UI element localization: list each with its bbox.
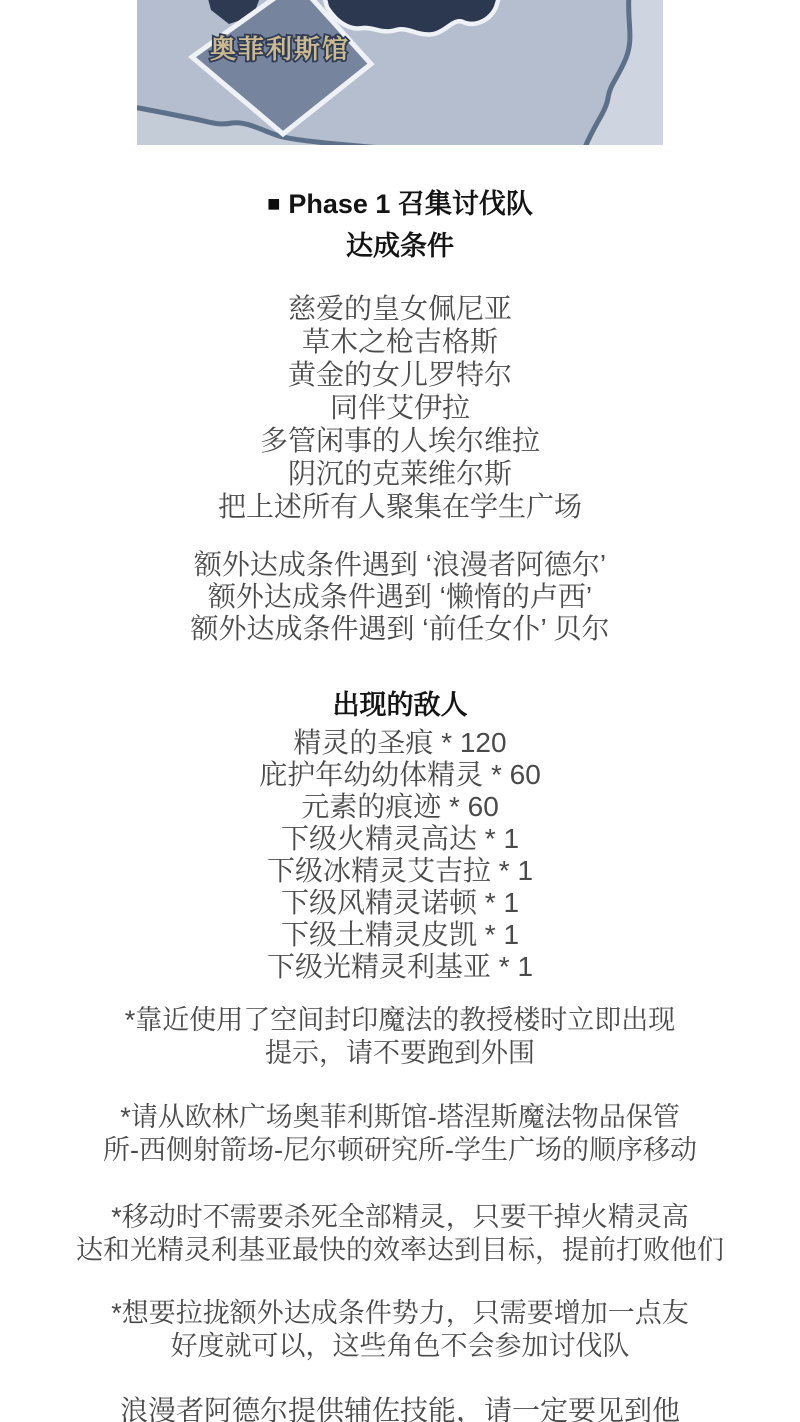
campus-map-image: 奥菲利斯馆 <box>137 0 663 145</box>
tip-note: *移动时不需要杀死全部精灵，只要干掉火精灵高 达和光精灵利基亚最快的效率达到目标… <box>0 1201 800 1267</box>
enemy-line: 精灵的圣痕 * 120 <box>0 727 800 759</box>
extra-condition-line: 额外达成条件遇到 ‘前任女仆’ 贝尔 <box>0 613 800 645</box>
condition-line: 慈爱的皇女佩尼亚 <box>0 292 800 325</box>
guide-page: 奥菲利斯馆 ■ Phase 1 召集讨伐队 达成条件 慈爱的皇女佩尼亚 草木之枪… <box>0 0 800 1422</box>
extra-condition-line: 额外达成条件遇到 ‘浪漫者阿德尔’ <box>0 549 800 581</box>
condition-line: 把上述所有人聚集在学生广场 <box>0 490 800 523</box>
enemy-line: 下级光精灵利基亚 * 1 <box>0 951 800 983</box>
enemies-header: 出现的敌人 <box>0 691 800 719</box>
enemies-list: 精灵的圣痕 * 120 庇护年幼幼体精灵 * 60 元素的痕迹 * 60 下级火… <box>0 727 800 983</box>
enemy-line: 下级风精灵诺顿 * 1 <box>0 887 800 919</box>
condition-line: 黄金的女儿罗特尔 <box>0 358 800 391</box>
enemy-line: 庇护年幼幼体精灵 * 60 <box>0 759 800 791</box>
enemy-line: 下级火精灵高达 * 1 <box>0 823 800 855</box>
condition-line: 同伴艾伊拉 <box>0 391 800 424</box>
tip-note: *请从欧林广场奥菲利斯馆-塔涅斯魔法物品保管 所-西侧射箭场-尼尔顿研究所-学生… <box>0 1101 800 1167</box>
extra-conditions-list: 额外达成条件遇到 ‘浪漫者阿德尔’ 额外达成条件遇到 ‘懒惰的卢西’ 额外达成条… <box>0 549 800 645</box>
condition-line: 草木之枪吉格斯 <box>0 325 800 358</box>
phase-title: Phase 1 召集讨伐队 <box>288 190 533 218</box>
phase-bullet-icon: ■ <box>267 190 280 218</box>
map-building-label: 奥菲利斯馆 <box>210 34 350 64</box>
extra-condition-line: 额外达成条件遇到 ‘懒惰的卢西’ <box>0 581 800 613</box>
condition-line: 阴沉的克莱维尔斯 <box>0 457 800 490</box>
enemy-line: 元素的痕迹 * 60 <box>0 791 800 823</box>
tip-note: *想要拉拢额外达成条件势力，只需要增加一点友 好度就可以，这些角色不会参加讨伐队 <box>0 1297 800 1363</box>
enemy-line: 下级冰精灵艾吉拉 * 1 <box>0 855 800 887</box>
conditions-header: 达成条件 <box>0 232 800 260</box>
campus-map-svg: 奥菲利斯馆 <box>137 0 663 145</box>
condition-line: 多管闲事的人埃尔维拉 <box>0 424 800 457</box>
enemy-line: 下级土精灵皮凯 * 1 <box>0 919 800 951</box>
closing-line: 浪漫者阿德尔提供辅佐技能，请一定要见到他 <box>0 1394 800 1422</box>
conditions-list: 慈爱的皇女佩尼亚 草木之枪吉格斯 黄金的女儿罗特尔 同伴艾伊拉 多管闲事的人埃尔… <box>0 292 800 523</box>
phase-header: ■ Phase 1 召集讨伐队 <box>0 190 800 218</box>
tip-note: *靠近使用了空间封印魔法的教授楼时立即出现 提示，请不要跑到外围 <box>0 1004 800 1070</box>
